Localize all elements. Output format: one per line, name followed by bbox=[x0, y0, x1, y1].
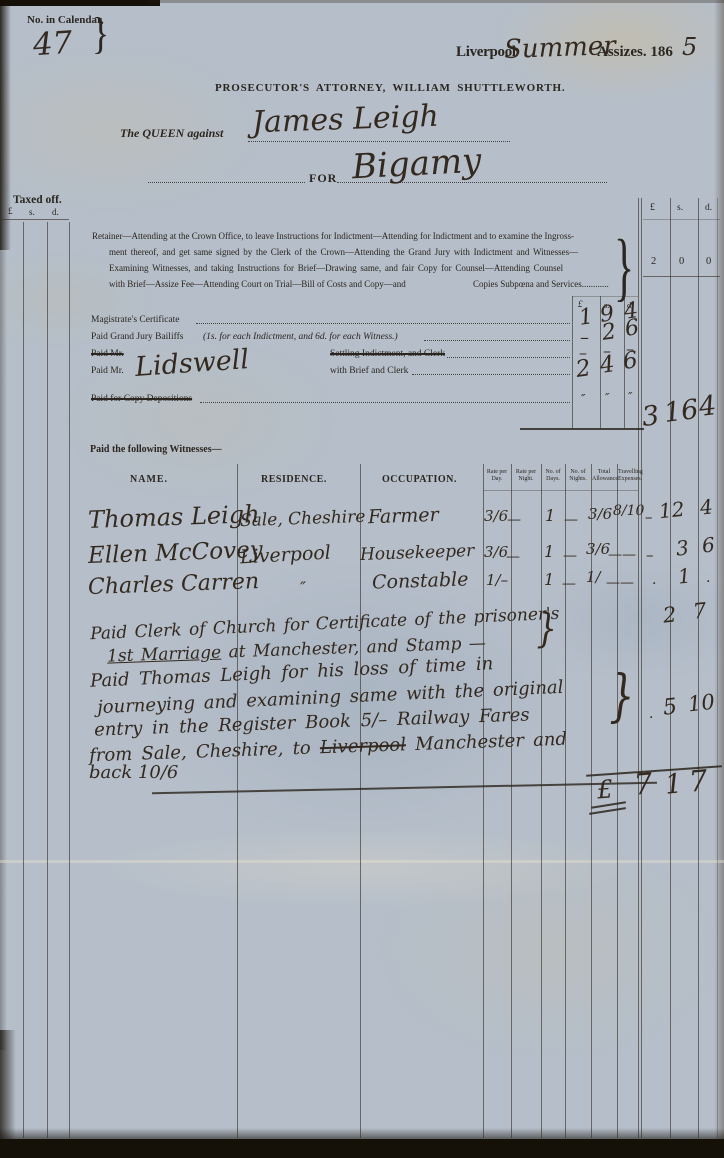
table-header-rate-day: Rate per Day. bbox=[484, 469, 510, 483]
table-column-rule bbox=[565, 464, 566, 1138]
note-amount-shillings: 2 bbox=[662, 602, 678, 627]
page-edge-left bbox=[0, 250, 7, 1050]
paper-crease bbox=[0, 860, 724, 863]
table-header-total-allowance: Total Allowance. bbox=[592, 469, 616, 483]
witness-amount-shillings: 1 bbox=[677, 563, 692, 588]
solicitor-name-handwritten: Lidswell bbox=[134, 344, 250, 383]
witness-residence-ditto: ″ bbox=[300, 578, 306, 597]
table-header-name: NAME. bbox=[130, 474, 168, 485]
retainer-amount-shillings: 0 bbox=[679, 256, 684, 267]
witness-residence: Sale, Cheshire bbox=[240, 507, 366, 531]
charge-row-leader bbox=[412, 373, 570, 375]
grand-total-pence: 7 bbox=[688, 763, 709, 798]
page-edge-right bbox=[714, 0, 724, 1158]
charge-row-leader bbox=[200, 401, 570, 403]
witness-occupation: Housekeeper bbox=[360, 541, 475, 565]
retainer-amount-rule bbox=[643, 276, 720, 277]
offence-dotted-line-right bbox=[337, 181, 607, 183]
subtotal-pence-handwritten: 4 bbox=[697, 390, 718, 423]
witness-amount-shillings: 12 bbox=[658, 497, 686, 524]
grand-total-currency: £ bbox=[596, 774, 614, 804]
witness-name: Charles Carren bbox=[88, 569, 260, 600]
charges-box-left-rule bbox=[572, 296, 573, 428]
grand-total-shillings: 1 bbox=[664, 768, 684, 800]
charges-box-bottom-rule bbox=[520, 428, 644, 430]
charge-row-label: Paid Mr. bbox=[91, 366, 124, 376]
taxed-off-column-rule bbox=[23, 222, 24, 1138]
witness-amount-pounds: – bbox=[646, 546, 654, 564]
for-label: FOR bbox=[309, 171, 337, 186]
grand-total-underline bbox=[589, 807, 626, 814]
witness-amount-pounds: – bbox=[645, 508, 653, 526]
witness-nights: — bbox=[562, 576, 576, 592]
witness-rate-night: — bbox=[506, 549, 520, 565]
ditto-mark: ″ bbox=[581, 392, 585, 406]
charge-row-leader bbox=[447, 356, 570, 358]
taxed-off-label: Taxed off. bbox=[13, 194, 62, 206]
witness-amount-pounds: · bbox=[652, 576, 656, 592]
document-sheet: Taxed off. £ s. d. £ s. d. No. in Calend… bbox=[0, 0, 724, 1158]
taxed-off-pound-header: £ bbox=[8, 206, 13, 216]
note-struck-word: Liverpool bbox=[320, 734, 407, 758]
retainer-line-3: Examining Witnesses, and taking Instruct… bbox=[109, 263, 563, 273]
note-brace: } bbox=[537, 606, 557, 652]
witness-days: 1 bbox=[544, 542, 554, 561]
charge-row-label2: with Brief and Clerk bbox=[330, 366, 408, 376]
subtotal-pounds-handwritten: 3 bbox=[640, 400, 661, 433]
witness-occupation: Constable bbox=[372, 568, 469, 593]
witness-residence: Liverpool bbox=[239, 542, 331, 569]
witnesses-intro: Paid the following Witnesses— bbox=[90, 444, 222, 455]
witness-total-allowance: 3/6 bbox=[586, 540, 610, 558]
taxed-off-column-rule bbox=[47, 222, 48, 1138]
note-amount-pence: 10 bbox=[687, 690, 716, 717]
page-edge-left-bottom bbox=[0, 1030, 16, 1140]
charge-row-label2-struck: Settling Indictment, and Clerk bbox=[330, 349, 445, 359]
witness-name: Thomas Leigh bbox=[88, 500, 260, 534]
calendar-number-handwritten: 47 bbox=[32, 25, 74, 64]
note-underlined-phrase: 1st Marriage bbox=[107, 643, 222, 667]
witness-amount-pence: · bbox=[706, 574, 710, 590]
taxed-off-shilling-header: s. bbox=[29, 207, 35, 217]
note-line-post: Manchester and bbox=[406, 729, 568, 756]
table-header-rule bbox=[483, 490, 638, 491]
charge-row-label: Magistrate's Certificate bbox=[91, 315, 180, 325]
charge-amount-shillings: 4 bbox=[598, 351, 616, 379]
assizes-word: Assizes. 186 bbox=[597, 44, 673, 61]
witness-travel: —— bbox=[608, 547, 636, 563]
money-column-rule bbox=[670, 198, 671, 1138]
witness-nights: — bbox=[563, 548, 577, 564]
defendant-name-handwritten: James Leigh bbox=[251, 99, 439, 140]
money-pence-header: d. bbox=[705, 203, 712, 213]
charge-row-leader bbox=[424, 339, 570, 341]
page-edge-top bbox=[0, 0, 160, 6]
table-header-occupation: OCCUPATION. bbox=[382, 474, 457, 485]
note-amount-dot: · bbox=[649, 710, 653, 726]
table-header-residence: RESIDENCE. bbox=[261, 474, 327, 485]
money-column-rule bbox=[698, 198, 699, 1138]
assizes-year-handwritten: 5 bbox=[682, 33, 697, 61]
table-column-rule bbox=[617, 464, 618, 1138]
taxed-off-column-rule bbox=[69, 222, 70, 1138]
table-column-rule bbox=[483, 464, 484, 1138]
retainer-copies-text: Copies Subpœna and Services............ bbox=[473, 279, 609, 289]
witness-amount-pence: 4 bbox=[699, 494, 714, 519]
retainer-line-2: ment thereof, and get same signed by the… bbox=[109, 247, 578, 257]
money-column-double-rule bbox=[641, 198, 642, 1138]
note-line: back 10/6 bbox=[89, 762, 178, 783]
witness-amount-shillings: 3 bbox=[675, 535, 690, 560]
paper-edge-rule bbox=[717, 198, 718, 1138]
charge-row-note: (1s. for each Indictment, and 6d. for ea… bbox=[203, 332, 398, 342]
page-edge-bottom-fade bbox=[0, 1128, 724, 1139]
money-pound-header: £ bbox=[650, 202, 655, 213]
table-column-rule bbox=[541, 464, 542, 1138]
table-header-days: No. of Days. bbox=[542, 469, 564, 483]
witness-amount-pence: 6 bbox=[701, 532, 716, 557]
money-header-rule bbox=[643, 219, 720, 220]
total-rule-long bbox=[152, 782, 657, 794]
attorney-line: PROSECUTOR'S ATTORNEY, WILLIAM SHUTTLEWO… bbox=[215, 82, 565, 94]
charge-amount-pence: 6 bbox=[621, 347, 639, 375]
taxed-off-header-rule bbox=[2, 219, 69, 220]
taxed-off-pence-header: d. bbox=[52, 207, 59, 217]
witness-total-allowance: 3/6 bbox=[588, 505, 612, 523]
witness-rate-night: — bbox=[507, 512, 521, 528]
page-edge-top-right bbox=[150, 0, 724, 3]
witness-occupation: Farmer bbox=[368, 504, 439, 528]
calendar-brace: } bbox=[92, 8, 109, 59]
witness-travel: 8/10 bbox=[613, 503, 644, 519]
witness-days: 1 bbox=[544, 570, 554, 589]
queen-against-label: The QUEEN against bbox=[120, 126, 223, 141]
ditto-mark: ″ bbox=[628, 390, 632, 404]
witness-days: 1 bbox=[545, 506, 555, 525]
note-brace: } bbox=[609, 664, 634, 729]
witness-nights: — bbox=[564, 512, 578, 528]
offence-dotted-line-left bbox=[148, 181, 305, 183]
table-column-rule bbox=[237, 464, 238, 1138]
witness-travel: —— bbox=[606, 575, 634, 591]
ditto-mark: ″ bbox=[605, 391, 609, 405]
witness-total-allowance: 1/ bbox=[586, 568, 601, 586]
witness-rate-day: 3/6 bbox=[484, 507, 508, 525]
witness-rate-day: 3/6 bbox=[484, 543, 508, 561]
charge-amount-pounds: 2 bbox=[574, 355, 592, 383]
table-header-travelling-expenses: Travelling Expenses. bbox=[618, 469, 638, 483]
retainer-amount-pence: 0 bbox=[706, 256, 711, 267]
charge-row-label: Paid Grand Jury Bailiffs bbox=[91, 332, 183, 342]
table-column-rule bbox=[360, 464, 361, 1138]
charge-row-label-struck: Paid for Copy Depositions bbox=[91, 394, 192, 404]
note-amount-pence: 7 bbox=[692, 598, 708, 623]
table-header-rate-night: Rate per Night. bbox=[512, 469, 540, 483]
retainer-line-1: Retainer—Attending at the Crown Office, … bbox=[92, 231, 574, 241]
table-column-rule bbox=[591, 464, 592, 1138]
subtotal-shillings-handwritten: 16 bbox=[662, 394, 700, 429]
witness-rate-day: 1/– bbox=[486, 571, 508, 589]
page-edge-bottom bbox=[0, 1139, 724, 1158]
retainer-line-4: with Brief—Assize Fee—Attending Court on… bbox=[109, 279, 406, 289]
retainer-amount-pounds: 2 bbox=[651, 256, 656, 267]
table-header-nights: No. of Nights. bbox=[566, 469, 590, 483]
note-amount-shillings: 5 bbox=[662, 694, 679, 720]
table-column-rule bbox=[511, 464, 512, 1138]
charge-row-leader bbox=[196, 322, 570, 324]
charges-box-top-rule bbox=[572, 296, 638, 297]
charge-row-label-struck: Paid Mr. bbox=[91, 349, 124, 359]
money-shilling-header: s. bbox=[677, 203, 683, 213]
grand-total-pounds: 7 bbox=[633, 766, 654, 801]
